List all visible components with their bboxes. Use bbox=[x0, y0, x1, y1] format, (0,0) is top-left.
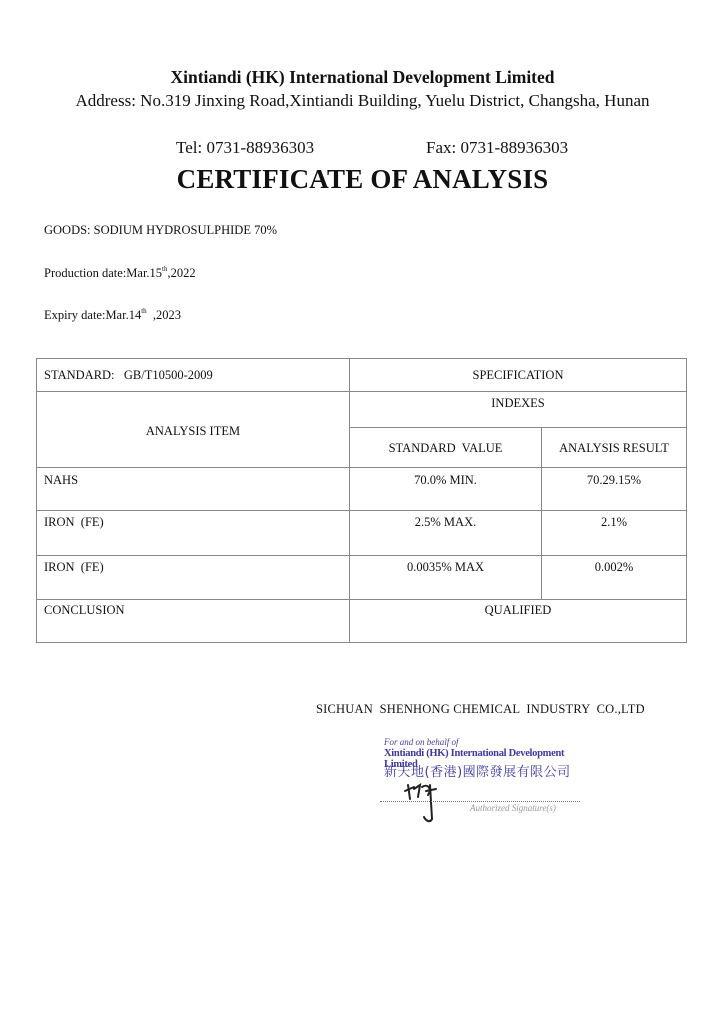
indexes-header: INDEXES bbox=[350, 396, 686, 411]
telephone: Tel: 0731-88936303 bbox=[176, 138, 314, 158]
divider bbox=[37, 467, 686, 468]
stamp-company-zh: 新天地(香港)國際發展有限公司 bbox=[384, 761, 571, 780]
production-date: Production date:Mar.15th,2022 bbox=[44, 265, 196, 281]
table-row-result: 70.29.15% bbox=[542, 473, 686, 488]
specification-header: SPECIFICATION bbox=[350, 368, 686, 383]
divider bbox=[37, 510, 686, 511]
table-row-item: IRON (FE) bbox=[44, 515, 104, 530]
table-row-standard: 70.0% MIN. bbox=[350, 473, 541, 488]
production-date-year: ,2022 bbox=[168, 266, 196, 280]
divider bbox=[37, 555, 686, 556]
production-date-main: Production date:Mar.15 bbox=[44, 266, 162, 280]
signature-line bbox=[380, 801, 580, 802]
divider bbox=[37, 391, 686, 392]
authorized-signature-label: Authorized Signature(s) bbox=[470, 803, 556, 813]
table-row-item: IRON (FE) bbox=[44, 560, 104, 575]
table-row-standard: 0.0035% MAX bbox=[350, 560, 541, 575]
document-title: CERTIFICATE OF ANALYSIS bbox=[0, 164, 725, 195]
table-row-result: 2.1% bbox=[542, 515, 686, 530]
expiry-date: Expiry date:Mar.14th ,2023 bbox=[44, 307, 181, 323]
analysis-result-header: ANALYSIS RESULT bbox=[542, 441, 686, 456]
company-address: Address: No.319 Jinxing Road,Xintiandi B… bbox=[60, 90, 665, 112]
conclusion-value: QUALIFIED bbox=[350, 603, 686, 618]
analysis-item-header: ANALYSIS ITEM bbox=[37, 424, 349, 439]
divider bbox=[37, 599, 686, 600]
table-row-item: NAHS bbox=[44, 473, 78, 488]
divider bbox=[350, 427, 686, 428]
fax: Fax: 0731-88936303 bbox=[426, 138, 568, 158]
goods-line: GOODS: SODIUM HYDROSULPHIDE 70% bbox=[44, 223, 277, 238]
analysis-table: STANDARD: GB/T10500-2009 SPECIFICATION I… bbox=[36, 358, 687, 643]
company-stamp: For and on behalf of Xintiandi (HK) Inte… bbox=[380, 737, 590, 822]
company-name: Xintiandi (HK) International Development… bbox=[0, 67, 725, 88]
expiry-date-year: ,2023 bbox=[147, 308, 181, 322]
expiry-date-main: Expiry date:Mar.14 bbox=[44, 308, 141, 322]
stamp-behalf-text: For and on behalf of bbox=[384, 737, 459, 747]
standard-value-header: STANDARD VALUE bbox=[350, 441, 541, 456]
table-row-standard: 2.5% MAX. bbox=[350, 515, 541, 530]
manufacturer-name: SICHUAN SHENHONG CHEMICAL INDUSTRY CO.,L… bbox=[316, 702, 645, 717]
conclusion-label: CONCLUSION bbox=[44, 603, 125, 618]
table-row-result: 0.002% bbox=[542, 560, 686, 575]
standard-label: STANDARD: GB/T10500-2009 bbox=[44, 368, 213, 383]
